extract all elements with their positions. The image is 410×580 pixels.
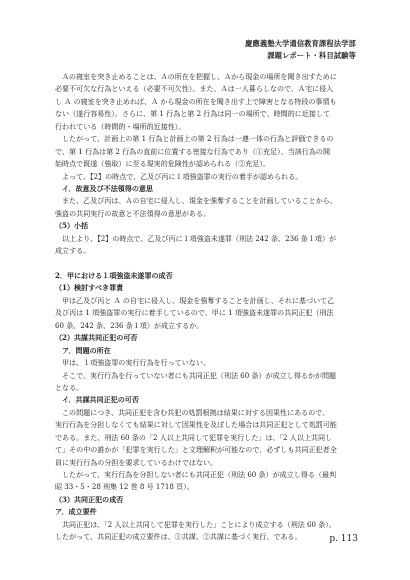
section-heading: （5）小括 [55, 220, 373, 232]
text-line: ない（遂行容易性）。さらに、第 1 行為と第 2 行為は同一の場所で、時間的に近… [55, 108, 373, 120]
text-line: で、第 1 行為は第 2 行為の直前に位置する密接な行為であり（①充足）、当該行… [55, 146, 373, 158]
text-line: 甲は乙及び丙と Ａ の自宅に侵入し、現金を強奪することを計画し、それに基づいて乙 [55, 295, 373, 307]
section-heading: イ．共謀共同正犯の可否 [55, 394, 373, 406]
section-heading: イ．故意及び不法領得の意思 [55, 183, 373, 195]
page-number: p. 113 [329, 534, 358, 544]
text-line: 昭 33・5・28 刑集 12 巻 8 号 1718 頁）。 [55, 481, 373, 493]
section-heading: 2．甲における１項強盗未遂罪の成否 [55, 270, 373, 282]
section-heading: （2）共謀共同正犯の可否 [55, 332, 373, 344]
text-line: 実行行為を分担しなくても結果に対して因果性を及ぼした場合は共同正犯として処罰可能 [55, 419, 373, 431]
text-line: 成立する。 [55, 245, 373, 257]
text-line: そこで、実行行為を行っていない者にも共同正犯（刑法 60 条）が成立し得るかが問… [55, 370, 373, 382]
text-line: また、乙及び丙は、Ａの自宅に侵入し、現金を強奪することを計画していることから、 [55, 195, 373, 207]
text-line: 必要不可欠な行為といえる（必要不可欠性）。また、Ａは一人暮らしなので、Ａ宅に侵入 [55, 83, 373, 95]
text-line: 行われている（時間的・場所的近接性）。 [55, 121, 373, 133]
text-line: 員に実行行為の分担を要求しているわけではない。 [55, 457, 373, 469]
text-line: 始時点で既遂（強取）に至る現実的危険性が認められる（②充足）。 [55, 158, 373, 170]
text-line: し Ａ の寝室を突き止めれば、Ａ から現金の所在を聞き出す上で障害となる特段の事… [55, 96, 373, 108]
text-line: となる。 [55, 382, 373, 394]
section-heading: （1）検討すべき罪責 [55, 282, 373, 294]
header-university: 慶應義塾大学通信教育課程法学部 [245, 39, 356, 49]
text-line: 甲は、１項強盗罪の実行行為を行っていない。 [55, 357, 373, 369]
text-line: したがって、計画上の第 1 行為と計画上の第 2 行為は一連一体の行為と評価でき… [55, 133, 373, 145]
header-subtitle: 課題レポート・科目試験等 [267, 51, 356, 61]
text-line: Ａの寝室を突き止めることは、Ａの所在を把握し、Ａから現金の場所を聞き出すために [55, 71, 373, 83]
text-line: 共同正犯は、「2 人以上共同して犯罪を実行した」ことにより成立する（刑法 60 … [55, 519, 373, 531]
text-line [55, 258, 373, 270]
section-heading: ア．成立要件 [55, 506, 373, 518]
text-line: 強盗の共同実行の故意と不法領得の意思がある。 [55, 208, 373, 220]
text-line: 及び丙は 1 項強盗罪の実行に着手しているので、甲に 1 項強盗未遂罪の共同正犯… [55, 307, 373, 319]
text-line: したがって、共同正犯の成立要件は、①共謀、②共謀に基づく実行、である。 [55, 531, 373, 543]
section-heading: ア．問題の所在 [55, 345, 373, 357]
text-line: 以上より、【2】の時点で、乙及び丙に１項強盗未遂罪（刑法 242 条、236 条… [55, 233, 373, 245]
text-line: 60 条、242 条、236 条１項）が成立するか。 [55, 320, 373, 332]
text-line: したがって、実行行為を分担しない者にも共同正犯（刑法 60 条）が成立し得る（最… [55, 469, 373, 481]
document-body: Ａの寝室を突き止めることは、Ａの所在を把握し、Ａから現金の場所を聞き出すために必… [55, 71, 373, 544]
text-line: よって、【2】の時点で、乙及び丙に１項強盗罪の実行の着手が認められる。 [55, 171, 373, 183]
text-line: である。また、刑法 60 条の「2 人以上共同して犯罪を実行した」は、「2 人以… [55, 432, 373, 444]
section-heading: （3）共同正犯の成否 [55, 494, 373, 506]
text-line: この問題につき、共同正犯を含む共犯の処罰根拠は結果に対する因果性にあるので、 [55, 407, 373, 419]
text-line: て」その中の誰かが「犯罪を実行した」と文理解釈が可能なので、必ずしも共同正犯者全 [55, 444, 373, 456]
